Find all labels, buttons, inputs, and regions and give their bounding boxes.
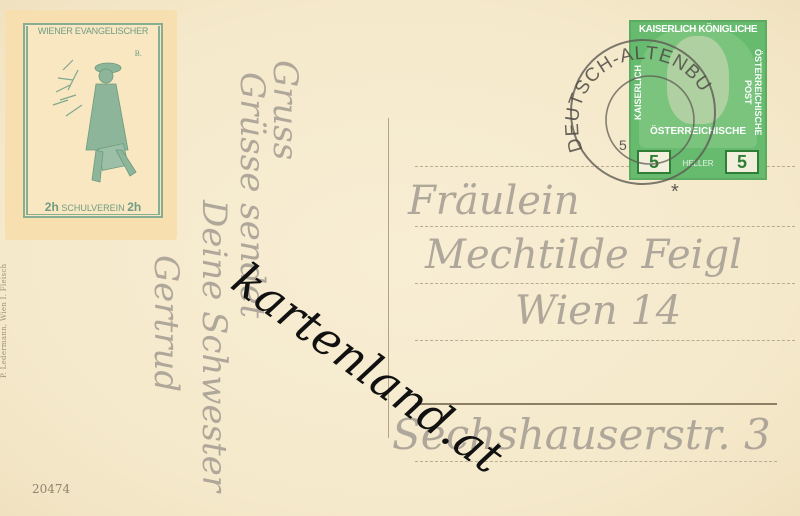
- handwriting-address-2: Mechtilde Feigl: [425, 232, 742, 278]
- walking-schoolgirl-illustration: [48, 50, 148, 200]
- handwriting-address-3: Wien 14: [515, 288, 681, 334]
- charity-stamp-frame: WIENER EVANGELISCHER B. 2h SCHULV: [23, 23, 163, 218]
- address-line-3: [415, 283, 795, 284]
- address-line-2: [415, 226, 795, 227]
- handwriting-address-1: Fräulein: [408, 178, 580, 224]
- publisher-imprint: P. Ledermann, Wien I. Fleisch: [0, 208, 12, 378]
- postcard: WIENER EVANGELISCHER B. 2h SCHULV: [0, 0, 800, 516]
- address-line-5-underline: [415, 403, 777, 405]
- handwriting-message-3: Deine Schwester: [194, 200, 234, 492]
- stamp-value-right: 5: [725, 150, 759, 174]
- charity-stamp-value-right: 2h: [127, 200, 141, 214]
- charity-stamp-bottom-text: SCHULVEREIN: [61, 203, 124, 213]
- postmark-date: 5: [619, 137, 627, 153]
- charity-stamp-top-text: WIENER EVANGELISCHER: [28, 26, 158, 36]
- serial-number: 20474: [32, 482, 70, 496]
- postmark-star: *: [671, 181, 679, 200]
- handwriting-message-4: Gertrud: [146, 255, 186, 392]
- watermark: kartenland.at: [222, 252, 513, 484]
- address-line-4: [415, 340, 795, 341]
- charity-stamp-bottom: 2h SCHULVEREIN 2h: [28, 200, 158, 214]
- charity-stamp: WIENER EVANGELISCHER B. 2h SCHULV: [5, 10, 177, 240]
- charity-stamp-value-left: 2h: [45, 200, 59, 214]
- postmark-cancellation: DEUTSCH-ALTENBURG 5 *: [555, 30, 725, 200]
